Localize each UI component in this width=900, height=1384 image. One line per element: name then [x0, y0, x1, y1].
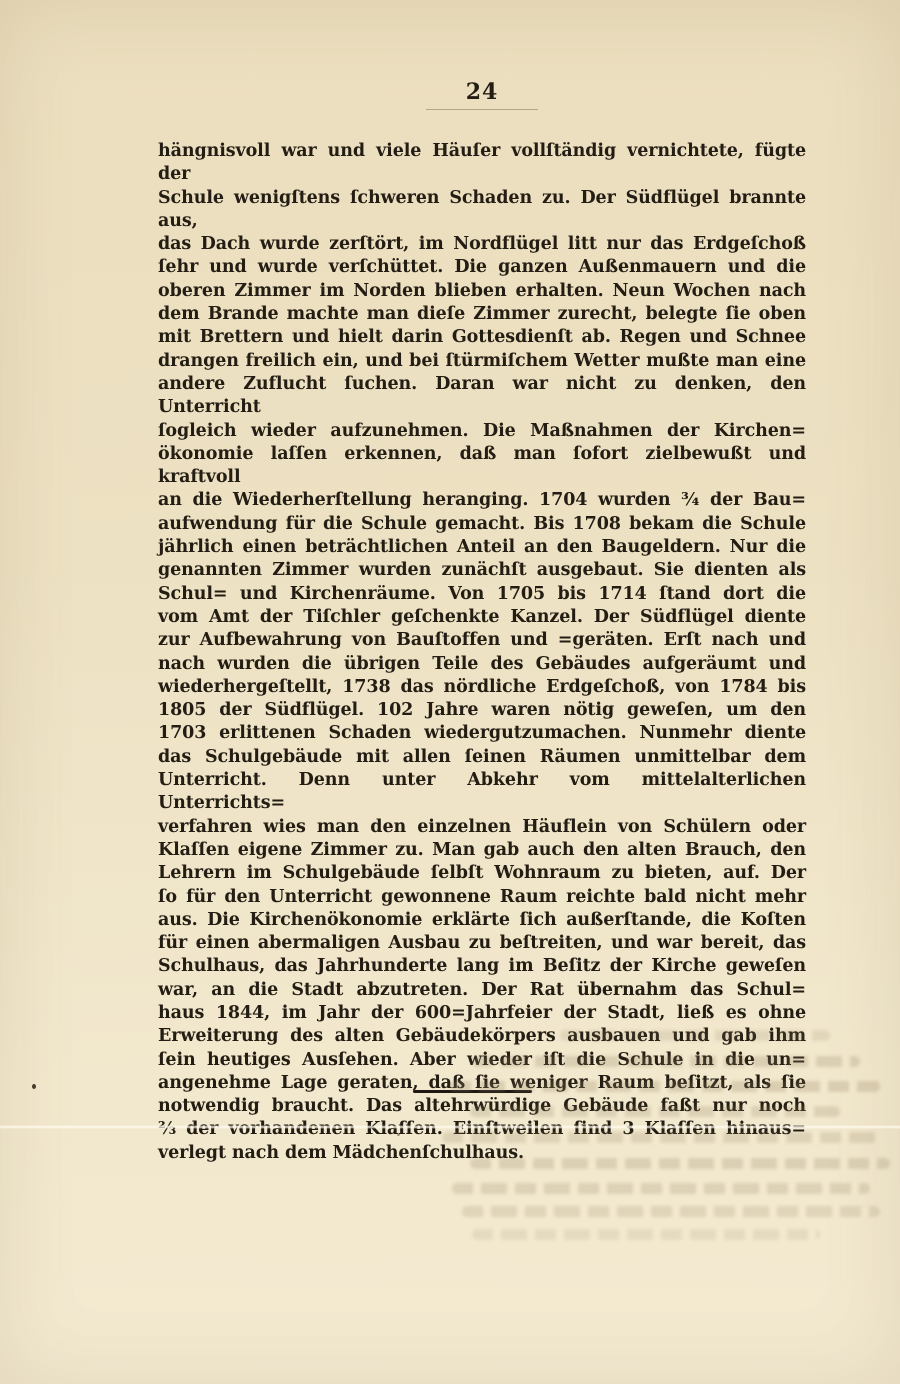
text-line: mit Brettern und hielt darin Gottesdienſ…: [158, 326, 806, 349]
text-line: jährlich einen beträchtlichen Anteil an …: [158, 536, 806, 559]
text-line: Schule wenigſtens ſchweren Schaden zu. D…: [158, 187, 806, 234]
bleedthrough-line: [472, 1056, 860, 1067]
text-line: nach wurden die übrigen Teile des Gebäud…: [158, 653, 806, 676]
text-line: Schulhaus, das Jahrhunderte lang im Beſi…: [158, 955, 806, 978]
page-header: 24: [158, 80, 806, 110]
text-line: Lehrern im Schulgebäude ſelbſt Wohnraum …: [158, 862, 806, 885]
text-line: das Schulgebäude mit allen ſeinen Räumen…: [158, 746, 806, 769]
bleedthrough-line: [470, 1106, 840, 1117]
text-line: aufwendung für die Schule gemacht. Bis 1…: [158, 513, 806, 536]
page-number-rule: [426, 109, 538, 110]
text-line: wiederhergeſtellt, 1738 das nördliche Er…: [158, 676, 806, 699]
bleedthrough-line: [450, 1081, 880, 1092]
text-line: ſogleich wieder aufzunehmen. Die Maßnahm…: [158, 420, 806, 443]
text-line: das Dach wurde zerſtört, im Nordflügel l…: [158, 233, 806, 256]
page-number: 24: [158, 80, 806, 104]
text-line: vom Amt der Tiſchler geſchenkte Kanzel. …: [158, 606, 806, 629]
text-line: drangen freilich ein, und bei ſtürmiſche…: [158, 350, 806, 373]
bleedthrough-line: [560, 1030, 830, 1041]
bleedthrough-line: [470, 1158, 890, 1169]
bleedthrough-line: [452, 1183, 870, 1194]
text-line: 1805 der Südflügel. 102 Jahre waren nöti…: [158, 699, 806, 722]
text-line: dem Brande machte man dieſe Zimmer zurec…: [158, 303, 806, 326]
paper-speck: [32, 1084, 36, 1089]
text-line: Klaſſen eigene Zimmer zu. Man gab auch d…: [158, 839, 806, 862]
text-line: 1703 erlittenen Schaden wiedergutzumache…: [158, 722, 806, 745]
text-line: für einen abermaligen Ausbau zu beſtreit…: [158, 932, 806, 955]
text-line: andere Zuflucht ſuchen. Daran war nicht …: [158, 373, 806, 420]
text-line: verfahren wies man den einzelnen Häuflei…: [158, 816, 806, 839]
text-line: zur Aufbewahrung von Bauſtoffen und =ger…: [158, 629, 806, 652]
text-line: oberen Zimmer im Norden blieben erhalten…: [158, 280, 806, 303]
text-line: Unterricht. Denn unter Abkehr vom mittel…: [158, 769, 806, 816]
bleedthrough-line: [462, 1206, 880, 1217]
text-line: genannten Zimmer wurden zunächſt ausgeba…: [158, 559, 806, 582]
text-line: haus 1844, im Jahr der 600=Jahrfeier der…: [158, 1002, 806, 1025]
text-line: ökonomie laſſen erkennen, daß man ſofort…: [158, 443, 806, 490]
body-text: hängnisvoll war und viele Häuſer vollſtä…: [158, 140, 806, 1165]
text-line: an die Wiederherſtellung heranging. 1704…: [158, 489, 806, 512]
text-line: ſehr und wurde verſchüttet. Die ganzen A…: [158, 256, 806, 279]
paper-speck: [397, 1133, 400, 1136]
text-line: ſo für den Unterricht gewonnene Raum rei…: [158, 886, 806, 909]
paper-crease: [0, 1125, 900, 1129]
book-page: 24 hängnisvoll war und viele Häuſer voll…: [0, 0, 900, 1384]
bleedthrough-line: [472, 1229, 820, 1240]
text-line: hängnisvoll war und viele Häuſer vollſtä…: [158, 140, 806, 187]
text-line: aus. Die Kirchenökonomie erklärte ſich a…: [158, 909, 806, 932]
text-line: war, an die Stadt abzutreten. Der Rat üb…: [158, 979, 806, 1002]
text-line: Schul= und Kirchenräume. Von 1705 bis 17…: [158, 583, 806, 606]
bleedthrough-line: [442, 1132, 880, 1143]
